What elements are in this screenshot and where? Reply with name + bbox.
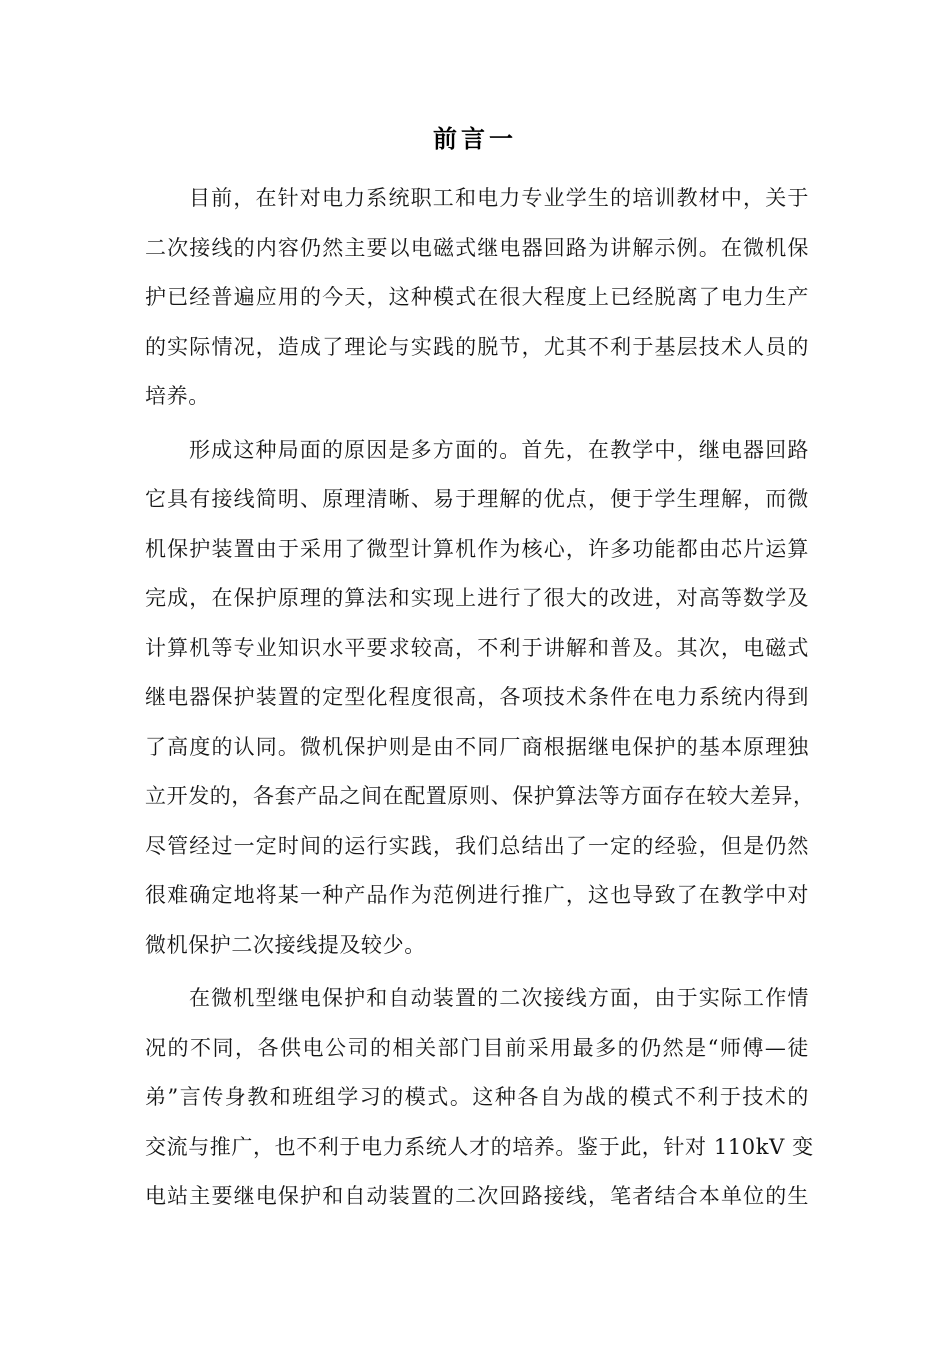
text-line: 微机保护二次接线提及较少。 — [145, 921, 809, 971]
text-line: 况的不同，各供电公司的相关部门目前采用最多的仍然是“师傅—徒 — [145, 1024, 809, 1074]
text-line: 机保护装置由于采用了微型计算机作为核心，许多功能都由芯片运算 — [145, 525, 809, 575]
text-line: 计算机等专业知识水平要求较高，不利于讲解和普及。其次，电磁式 — [145, 624, 809, 674]
page-title: 前言一 — [0, 124, 950, 154]
text-line: 交流与推广，也不利于电力系统人才的培养。鉴于此，针对 110kV 变 — [145, 1123, 809, 1173]
text-line: 在微机型继电保护和自动装置的二次接线方面，由于实际工作情 — [145, 974, 809, 1024]
text-line: 它具有接线简明、原理清晰、易于理解的优点，便于学生理解，而微 — [145, 475, 809, 525]
text-line: 很难确定地将某一种产品作为范例进行推广，这也导致了在教学中对 — [145, 871, 809, 921]
text-line: 了高度的认同。微机保护则是由不同厂商根据继电保护的基本原理独 — [145, 723, 809, 773]
text-line: 培养。 — [145, 372, 809, 422]
paragraph-3: 在微机型继电保护和自动装置的二次接线方面，由于实际工作情 况的不同，各供电公司的… — [145, 974, 809, 1222]
paragraph-2: 形成这种局面的原因是多方面的。首先，在教学中，继电器回路 它具有接线简明、原理清… — [145, 426, 809, 971]
text-line: 尽管经过一定时间的运行实践，我们总结出了一定的经验，但是仍然 — [145, 822, 809, 872]
text-line: 护已经普遍应用的今天，这种模式在很大程度上已经脱离了电力生产 — [145, 273, 809, 323]
text-line: 电站主要继电保护和自动装置的二次回路接线，笔者结合本单位的生 — [145, 1172, 809, 1222]
text-line: 二次接线的内容仍然主要以电磁式继电器回路为讲解示例。在微机保 — [145, 224, 809, 274]
text-line: 立开发的，各套产品之间在配置原则、保护算法等方面存在较大差异， — [145, 772, 809, 822]
text-line: 目前，在针对电力系统职工和电力专业学生的培训教材中，关于 — [145, 174, 809, 224]
document-page: 前言一 目前，在针对电力系统职工和电力专业学生的培训教材中，关于 二次接线的内容… — [0, 0, 950, 1345]
text-line: 形成这种局面的原因是多方面的。首先，在教学中，继电器回路 — [145, 426, 809, 476]
text-line: 继电器保护装置的定型化程度很高，各项技术条件在电力系统内得到 — [145, 673, 809, 723]
text-line: 弟”言传身教和班组学习的模式。这种各自为战的模式不利于技术的 — [145, 1073, 809, 1123]
text-line: 完成，在保护原理的算法和实现上进行了很大的改进，对高等数学及 — [145, 574, 809, 624]
document-body: 目前，在针对电力系统职工和电力专业学生的培训教材中，关于 二次接线的内容仍然主要… — [145, 174, 809, 1226]
text-line: 的实际情况，造成了理论与实践的脱节，尤其不利于基层技术人员的 — [145, 323, 809, 373]
paragraph-1: 目前，在针对电力系统职工和电力专业学生的培训教材中，关于 二次接线的内容仍然主要… — [145, 174, 809, 422]
